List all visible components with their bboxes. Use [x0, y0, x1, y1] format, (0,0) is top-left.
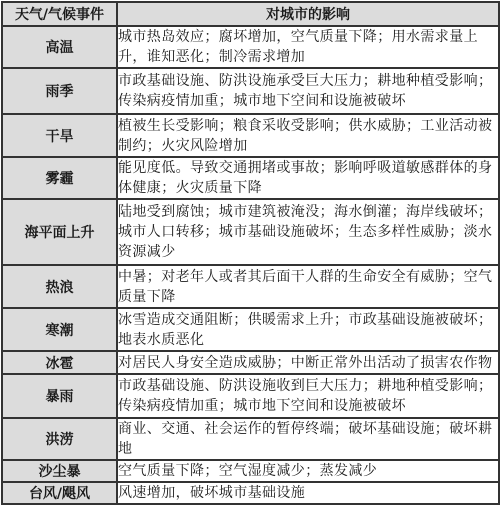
event-cell: 干旱: [2, 114, 117, 157]
event-cell: 高温: [2, 26, 117, 68]
table-row: 干旱 植被生长受影响；粮食采收受影响；供水威胁；工业活动被制约；火灾风险增加: [2, 114, 499, 157]
impact-cell: 对居民人身安全造成威胁；中断正常外出活动了损害农作物: [117, 351, 499, 374]
event-cell: 暴雨: [2, 374, 117, 418]
table-row: 暴雨 市政基础设施、防洪设施收到巨大压力；耕地种植受影响；传染病疫情加重；城市地…: [2, 374, 499, 418]
event-cell: 台风/飓风: [2, 482, 117, 504]
header-row: 天气/气候事件 对城市的影响: [2, 2, 499, 26]
table-row: 台风/飓风 风速增加，破坏城市基础设施: [2, 482, 499, 504]
impact-cell: 市政基础设施、防洪设施承受巨大压力；耕地种植受影响；传染病疫情加重；城市地下空间…: [117, 68, 499, 114]
event-cell: 洪涝: [2, 418, 117, 460]
event-cell: 热浪: [2, 265, 117, 308]
table-row: 雨季 市政基础设施、防洪设施承受巨大压力；耕地种植受影响；传染病疫情加重；城市地…: [2, 68, 499, 114]
event-cell: 雾霾: [2, 157, 117, 199]
table-row: 洪涝 商业、交通、社会运作的暂停终端；破坏基础设施；破坏耕地: [2, 418, 499, 460]
header-impact: 对城市的影响: [117, 2, 499, 26]
table-row: 寒潮 冰雪造成交通阻断；供暖需求上升；市政基础设施被破坏；地表水质恶化: [2, 308, 499, 351]
event-cell: 雨季: [2, 68, 117, 114]
event-cell: 寒潮: [2, 308, 117, 351]
table-row: 沙尘暴 空气质量下降；空气湿度减少；蒸发减少: [2, 460, 499, 482]
impact-cell: 商业、交通、社会运作的暂停终端；破坏基础设施；破坏耕地: [117, 418, 499, 460]
event-cell: 冰雹: [2, 351, 117, 374]
impact-cell: 能见度低。导致交通拥堵或事故；影响呼吸道敏感群体的身体健康；火灾质量下降: [117, 157, 499, 199]
table-row: 海平面上升 陆地受到腐蚀；城市建筑被淹没；海水倒灌；海岸线破坏；城市人口转移；城…: [2, 199, 499, 265]
impact-cell: 市政基础设施、防洪设施收到巨大压力；耕地种植受影响；传染病疫情加重；城市地下空间…: [117, 374, 499, 418]
impact-cell: 植被生长受影响；粮食采收受影响；供水威胁；工业活动被制约；火灾风险增加: [117, 114, 499, 157]
impact-cell: 城市热岛效应；腐坏增加，空气质量下降；用水需求量上升，谁知恶化；制冷需求增加: [117, 26, 499, 68]
table-row: 雾霾 能见度低。导致交通拥堵或事故；影响呼吸道敏感群体的身体健康；火灾质量下降: [2, 157, 499, 199]
impact-cell: 风速增加，破坏城市基础设施: [117, 482, 499, 504]
table-row: 热浪 中暑；对老年人或者其后面干人群的生命安全有威胁；空气质量下降: [2, 265, 499, 308]
climate-impact-table: 天气/气候事件 对城市的影响 高温 城市热岛效应；腐坏增加，空气质量下降；用水需…: [1, 1, 500, 505]
header-event: 天气/气候事件: [2, 2, 117, 26]
event-cell: 海平面上升: [2, 199, 117, 265]
table-row: 冰雹 对居民人身安全造成威胁；中断正常外出活动了损害农作物: [2, 351, 499, 374]
table-row: 高温 城市热岛效应；腐坏增加，空气质量下降；用水需求量上升，谁知恶化；制冷需求增…: [2, 26, 499, 68]
table-body: 高温 城市热岛效应；腐坏增加，空气质量下降；用水需求量上升，谁知恶化；制冷需求增…: [2, 26, 499, 504]
impact-cell: 空气质量下降；空气湿度减少；蒸发减少: [117, 460, 499, 482]
impact-cell: 陆地受到腐蚀；城市建筑被淹没；海水倒灌；海岸线破坏；城市人口转移；城市基础设施破…: [117, 199, 499, 265]
event-cell: 沙尘暴: [2, 460, 117, 482]
impact-cell: 中暑；对老年人或者其后面干人群的生命安全有威胁；空气质量下降: [117, 265, 499, 308]
impact-cell: 冰雪造成交通阻断；供暖需求上升；市政基础设施被破坏；地表水质恶化: [117, 308, 499, 351]
